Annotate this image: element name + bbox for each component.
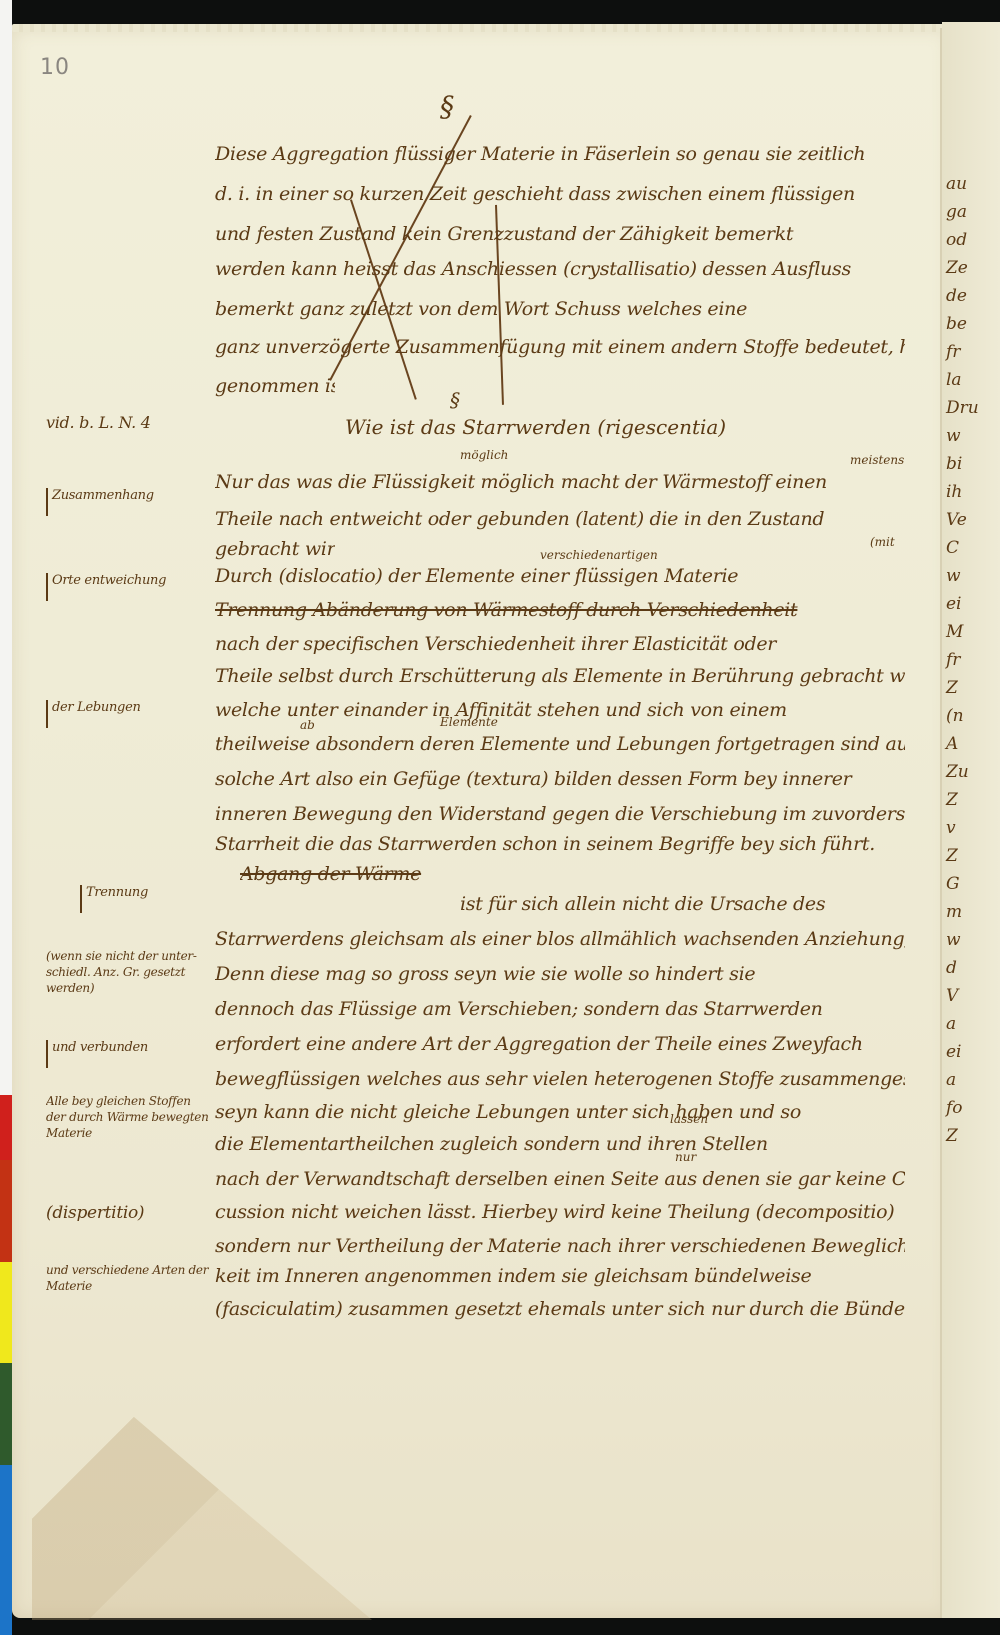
text-line: Starrwerdens gleichsam als einer blos al… (215, 925, 905, 953)
text-line: inneren Bewegung den Widerstand gegen di… (215, 800, 905, 828)
folio-number: 10 (40, 55, 70, 80)
text-line: die Elementartheilchen zugleich sondern … (215, 1130, 905, 1158)
text-line: nach der specifischen Verschiedenheit ih… (215, 630, 905, 658)
margin-note: Trennung (80, 885, 210, 913)
text-line: keit im Inneren angenommen indem sie gle… (215, 1262, 905, 1290)
text-line: genommen ist (215, 372, 335, 400)
interlinear-insertion: möglich (460, 448, 508, 462)
text-line: ganz unverzögerte Zusammenfügung mit ein… (215, 333, 905, 361)
text-line: ist für sich allein nicht die Ursache de… (460, 890, 900, 918)
text-line: nach der Verwandtschaft derselben einen … (215, 1165, 905, 1193)
text-line: erfordert eine andere Art der Aggregatio… (215, 1030, 905, 1058)
margin-note: (dispertitio) (46, 1205, 211, 1221)
text-line: theilweise absondern deren Elemente und … (215, 730, 905, 758)
color-strip-yellow (0, 1262, 12, 1363)
text-line: welche unter einander in Affinität stehe… (215, 696, 905, 724)
text-line: Diese Aggregation flüssiger Materie in F… (215, 140, 905, 168)
interlinear-insertion: (mit (870, 535, 895, 549)
text-line: Denn diese mag so gross seyn wie sie wol… (215, 960, 905, 988)
text-line: gebracht wird (215, 535, 335, 563)
text-line: Starrheit die das Starrwerden schon in s… (215, 830, 905, 858)
margin-note: und verbunden (46, 1040, 211, 1068)
text-line: sondern nur Vertheilung der Materie nach… (215, 1232, 905, 1260)
margin-note: der Lebungen (46, 700, 211, 728)
text-line: solche Art also ein Gefüge (textura) bil… (215, 765, 905, 793)
text-line: d. i. in einer so kurzen Zeit geschieht … (215, 180, 905, 208)
facing-page-text: au ga od Ze de be fr la Dru w bi ih Ve C… (946, 170, 1000, 1150)
section-heading: Wie ist das Starrwerden (rigescentia) (345, 415, 726, 439)
text-line: dennoch das Flüssige am Verschieben; son… (215, 995, 905, 1023)
margin-note: Orte entweichung (46, 573, 211, 601)
text-line: (fasciculatim) zusammen gesetzt ehemals … (215, 1295, 905, 1323)
margin-note: vid. b. L. N. 4 (46, 415, 211, 431)
section-mark: § (440, 90, 454, 123)
text-line: und festen Zustand kein Grenzzustand der… (215, 220, 905, 248)
color-strip-green (0, 1363, 12, 1465)
margin-note: Alle bey gleichen Stoffen der durch Wärm… (46, 1093, 211, 1141)
text-line-struck: Abgang der Wärme (240, 860, 540, 888)
text-line: bewegflüssigen welches aus sehr vielen h… (215, 1065, 905, 1093)
color-strip-red (0, 1095, 12, 1160)
margin-note: (wenn sie nicht der unter-schiedl. Anz. … (46, 948, 211, 996)
color-strip-blue (0, 1465, 12, 1635)
margin-note: und verschiedene Arten der Materie (46, 1262, 211, 1294)
text-line-struck: Trennung Abänderung von Wärmestoff durch… (215, 596, 905, 624)
color-strip-white (0, 0, 12, 1095)
interlinear-insertion: meistens (850, 453, 904, 467)
text-line: bemerkt ganz zuletzt von dem Wort Schuss… (215, 295, 905, 323)
text-line: Durch (dislocatio) der Elemente einer fl… (215, 562, 905, 590)
margin-note: Zusammenhang (46, 488, 211, 516)
text-line: werden kann heisst das Anschiessen (crys… (215, 255, 905, 283)
color-strip-orange-red (0, 1160, 12, 1262)
interlinear-insertion: verschiedenartigen (540, 548, 658, 562)
text-line: Theile selbst durch Erschütterung als El… (215, 662, 905, 690)
text-line: Nur das was die Flüssigkeit möglich mach… (215, 468, 905, 496)
text-line: cussion nicht weichen lässt. Hierbey wir… (215, 1198, 905, 1226)
text-line: Theile nach entweicht oder gebunden (lat… (215, 505, 905, 533)
text-line: seyn kann die nicht gleiche Lebungen unt… (215, 1098, 905, 1126)
section-mark: § (450, 388, 460, 412)
